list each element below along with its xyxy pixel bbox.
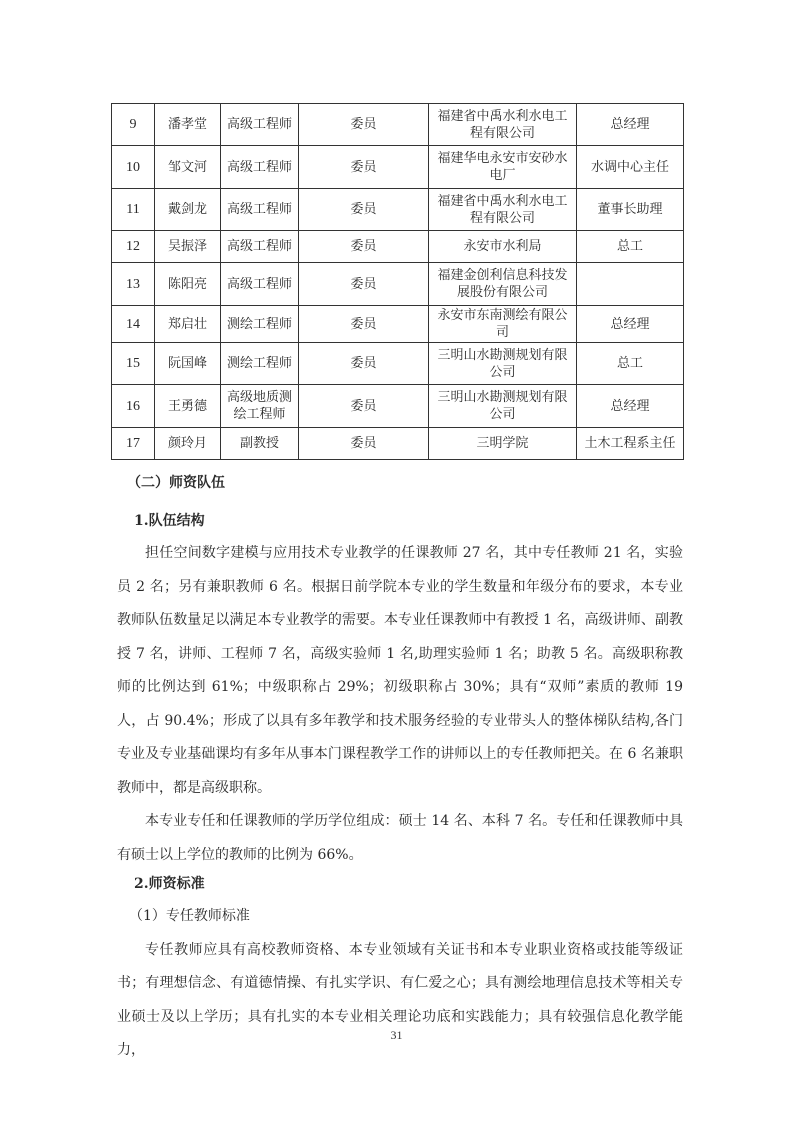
- member-organization: 福建华电永安市安砂水电厂: [429, 146, 577, 189]
- member-position: 水调中心主任: [577, 146, 684, 189]
- member-role: 委员: [299, 306, 429, 343]
- member-role: 委员: [299, 428, 429, 460]
- member-title: 高级地质测绘工程师: [221, 385, 299, 428]
- member-title: 副教授: [221, 428, 299, 460]
- member-name: 王勇德: [155, 385, 221, 428]
- row-number: 9: [112, 104, 155, 146]
- fulltime-teacher-standard-title: （1）专任教师标准: [117, 900, 683, 934]
- member-organization: 三明学院: [429, 428, 577, 460]
- row-number: 11: [112, 189, 155, 231]
- subsection-1-title: 1.队伍结构: [117, 510, 683, 530]
- row-number: 15: [112, 343, 155, 385]
- member-organization: 福建省中禹水利水电工程有限公司: [429, 104, 577, 146]
- member-organization: 福建金创利信息科技发展股份有限公司: [429, 263, 577, 306]
- member-position: 总经理: [577, 306, 684, 343]
- table-row: 10邹文河高级工程师委员福建华电永安市安砂水电厂水调中心主任: [112, 146, 684, 189]
- member-position: 总工: [577, 343, 684, 385]
- member-organization: 三明山水勘测规划有限公司: [429, 385, 577, 428]
- member-name: 阮国峰: [155, 343, 221, 385]
- page-number: 31: [0, 1028, 793, 1043]
- member-name: 郑启壮: [155, 306, 221, 343]
- member-organization: 福建省中禹水利水电工程有限公司: [429, 189, 577, 231]
- degree-composition-paragraph: 本专业专任和任课教师的学历学位组成：硕士 14 名、本科 7 名。专任和任课教师…: [117, 805, 683, 872]
- member-position: [577, 263, 684, 306]
- row-number: 16: [112, 385, 155, 428]
- row-number: 13: [112, 263, 155, 306]
- member-position: 总经理: [577, 385, 684, 428]
- member-position: 土木工程系主任: [577, 428, 684, 460]
- table-row: 17颜玲月副教授委员三明学院土木工程系主任: [112, 428, 684, 460]
- member-title: 测绘工程师: [221, 343, 299, 385]
- fulltime-teacher-standard-paragraph: 专任教师应具有高校教师资格、本专业领域有关证书和本专业职业资格或技能等级证书；有…: [117, 934, 683, 1068]
- table-row: 13陈阳亮高级工程师委员福建金创利信息科技发展股份有限公司: [112, 263, 684, 306]
- section-title: （二）师资队伍: [117, 472, 683, 492]
- member-title: 高级工程师: [221, 189, 299, 231]
- member-role: 委员: [299, 146, 429, 189]
- table-body: 9潘孝堂高级工程师委员福建省中禹水利水电工程有限公司总经理10邹文河高级工程师委…: [112, 104, 684, 460]
- member-role: 委员: [299, 231, 429, 263]
- table-row: 15阮国峰测绘工程师委员三明山水勘测规划有限公司总工: [112, 343, 684, 385]
- row-number: 10: [112, 146, 155, 189]
- member-role: 委员: [299, 343, 429, 385]
- committee-members-table: 9潘孝堂高级工程师委员福建省中禹水利水电工程有限公司总经理10邹文河高级工程师委…: [111, 103, 684, 460]
- table-row: 12吴振泽高级工程师委员永安市水利局总工: [112, 231, 684, 263]
- member-name: 陈阳亮: [155, 263, 221, 306]
- section-heading: （二）师资队伍: [117, 472, 683, 492]
- row-number: 14: [112, 306, 155, 343]
- member-name: 邹文河: [155, 146, 221, 189]
- member-title: 测绘工程师: [221, 306, 299, 343]
- subsection-1: 1.队伍结构: [117, 510, 683, 530]
- member-position: 总工: [577, 231, 684, 263]
- table-row: 14郑启壮测绘工程师委员永安市东南测绘有限公司总经理: [112, 306, 684, 343]
- subsection-1-body: 担任空间数字建模与应用技术专业教学的任课教师 27 名，其中专任教师 21 名，…: [117, 537, 683, 872]
- member-title: 高级工程师: [221, 146, 299, 189]
- member-role: 委员: [299, 189, 429, 231]
- table-row: 9潘孝堂高级工程师委员福建省中禹水利水电工程有限公司总经理: [112, 104, 684, 146]
- subsection-2: 2.师资标准: [117, 873, 683, 893]
- member-role: 委员: [299, 263, 429, 306]
- member-position: 总经理: [577, 104, 684, 146]
- document-page: 9潘孝堂高级工程师委员福建省中禹水利水电工程有限公司总经理10邹文河高级工程师委…: [0, 0, 793, 1122]
- row-number: 17: [112, 428, 155, 460]
- member-position: 董事长助理: [577, 189, 684, 231]
- row-number: 12: [112, 231, 155, 263]
- member-title: 高级工程师: [221, 231, 299, 263]
- member-name: 颜玲月: [155, 428, 221, 460]
- member-title: 高级工程师: [221, 263, 299, 306]
- member-organization: 永安市东南测绘有限公司: [429, 306, 577, 343]
- table-row: 11戴剑龙高级工程师委员福建省中禹水利水电工程有限公司董事长助理: [112, 189, 684, 231]
- team-structure-paragraph: 担任空间数字建模与应用技术专业教学的任课教师 27 名，其中专任教师 21 名，…: [117, 537, 683, 805]
- member-name: 潘孝堂: [155, 104, 221, 146]
- member-organization: 永安市水利局: [429, 231, 577, 263]
- member-organization: 三明山水勘测规划有限公司: [429, 343, 577, 385]
- table-row: 16王勇德高级地质测绘工程师委员三明山水勘测规划有限公司总经理: [112, 385, 684, 428]
- member-name: 吴振泽: [155, 231, 221, 263]
- subsection-2-title: 2.师资标准: [117, 873, 683, 893]
- member-role: 委员: [299, 104, 429, 146]
- member-title: 高级工程师: [221, 104, 299, 146]
- member-name: 戴剑龙: [155, 189, 221, 231]
- member-role: 委员: [299, 385, 429, 428]
